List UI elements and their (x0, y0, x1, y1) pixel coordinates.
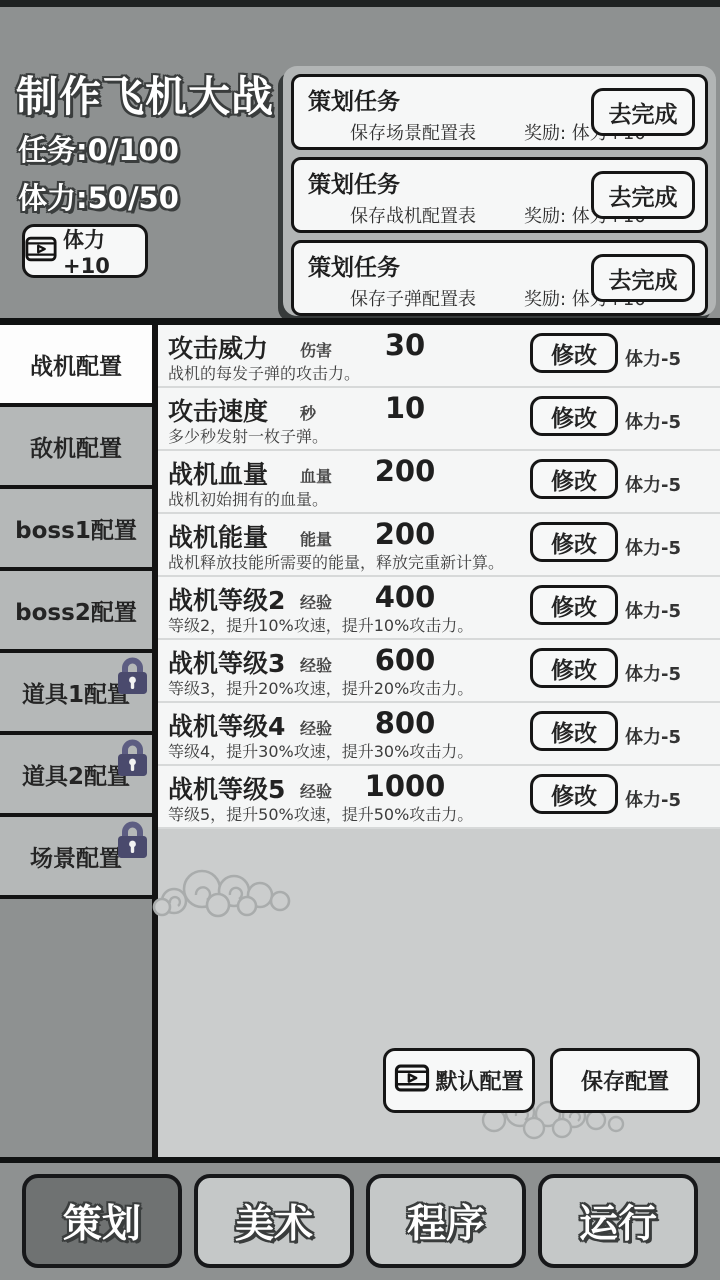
sidebar-tab-label: 场景配置 (30, 840, 122, 873)
config-row-value: 1000 (335, 769, 475, 803)
config-row: 战机等级5 经验 1000 修改 体力-5 等级5，提升50%攻速，提升50%攻… (158, 766, 720, 829)
config-rows: 攻击威力 伤害 30 修改 体力-5 战机的每发子弹的攻击力。 攻击速度 秒 1… (158, 325, 720, 829)
stamina-ad-button-label: 体力+10 (63, 224, 145, 278)
sidebar-tab-2[interactable]: 敌机配置 (0, 407, 152, 489)
nav-button-label: 策划 (63, 1193, 141, 1249)
config-row-value: 200 (335, 454, 475, 488)
modify-button[interactable]: 修改 (530, 333, 618, 373)
task-card: 策划任务 保存子弹配置表 奖励: 体力+10 去完成 (291, 240, 708, 316)
sidebar-tab-7[interactable]: 场景配置 (0, 817, 152, 899)
config-row: 攻击威力 伤害 30 修改 体力-5 战机的每发子弹的攻击力。 (158, 325, 720, 388)
sidebar-tab-5[interactable]: 道具1配置 (0, 653, 152, 735)
sidebar-tab-label: 敌机配置 (30, 430, 122, 463)
modify-button[interactable]: 修改 (530, 396, 618, 436)
task-go-button[interactable]: 去完成 (591, 254, 695, 302)
nav-button[interactable]: 运行 (538, 1174, 698, 1268)
modify-cost-label: 体力-5 (625, 723, 681, 749)
modify-cost-label: 体力-5 (625, 597, 681, 623)
save-config-button[interactable]: 保存配置 (550, 1048, 700, 1113)
sidebar-tab-label: boss2配置 (15, 594, 137, 627)
sidebar-tab-label: boss1配置 (15, 512, 137, 545)
nav-button-label: 程序 (407, 1193, 485, 1249)
config-row-unit: 经验 (300, 716, 332, 739)
cloud-decoration (152, 865, 337, 920)
task-card-desc: 保存战机配置表 (350, 202, 476, 228)
config-row-unit: 能量 (300, 527, 332, 550)
config-row-unit: 秒 (300, 401, 316, 424)
config-row-desc: 等级4，提升30%攻速，提升30%攻击力。 (168, 739, 473, 762)
game-screen: 制作飞机大战 任务:0/100 体力:50/50 体力+10 策划任务 保存场景… (0, 0, 720, 1280)
config-row: 战机等级2 经验 400 修改 体力-5 等级2，提升10%攻速，提升10%攻击… (158, 577, 720, 640)
config-row-title: 战机能量 (168, 518, 268, 554)
config-row-desc: 等级3，提升20%攻速，提升20%攻击力。 (168, 676, 473, 699)
task-go-button[interactable]: 去完成 (591, 171, 695, 219)
stamina-counter: 体力:50/50 (18, 176, 179, 217)
config-row-unit: 经验 (300, 590, 332, 613)
nav-button-label: 美术 (235, 1193, 313, 1249)
nav-button[interactable]: 程序 (366, 1174, 526, 1268)
config-row: 攻击速度 秒 10 修改 体力-5 多少秒发射一枚子弹。 (158, 388, 720, 451)
config-row: 战机能量 能量 200 修改 体力-5 战机释放技能所需要的能量，释放完重新计算… (158, 514, 720, 577)
modify-cost-label: 体力-5 (625, 660, 681, 686)
config-row-value: 400 (335, 580, 475, 614)
modify-cost-label: 体力-5 (625, 471, 681, 497)
config-row-desc: 战机释放技能所需要的能量，释放完重新计算。 (168, 550, 504, 573)
modify-cost-label: 体力-5 (625, 786, 681, 812)
lock-icon (114, 737, 150, 779)
config-row-value: 10 (335, 391, 475, 425)
config-row-desc: 战机的每发子弹的攻击力。 (168, 361, 360, 384)
modify-button[interactable]: 修改 (530, 522, 618, 562)
modify-button[interactable]: 修改 (530, 459, 618, 499)
modify-button[interactable]: 修改 (530, 585, 618, 625)
task-counter: 任务:0/100 (18, 128, 179, 169)
task-panel: 策划任务 保存场景配置表 奖励: 体力+10 去完成 策划任务 保存战机配置表 … (283, 66, 716, 316)
task-card: 策划任务 保存场景配置表 奖励: 体力+10 去完成 (291, 74, 708, 150)
config-row-value: 200 (335, 517, 475, 551)
sidebar-tab-1[interactable]: 战机配置 (0, 325, 152, 407)
modify-button[interactable]: 修改 (530, 774, 618, 814)
config-row-title: 战机等级3 (168, 644, 285, 680)
config-row-title: 攻击速度 (168, 392, 268, 428)
config-row-desc: 战机初始拥有的血量。 (168, 487, 328, 510)
config-row-value: 30 (335, 328, 475, 362)
config-row-unit: 经验 (300, 779, 332, 802)
config-row-value: 600 (335, 643, 475, 677)
stamina-ad-button[interactable]: 体力+10 (22, 224, 148, 278)
nav-button-label: 运行 (579, 1193, 657, 1249)
default-config-button[interactable]: 默认配置 (383, 1048, 535, 1113)
nav-button[interactable]: 策划 (22, 1174, 182, 1268)
page-title: 制作飞机大战 (16, 64, 274, 124)
modify-button[interactable]: 修改 (530, 711, 618, 751)
task-card-title: 策划任务 (308, 166, 400, 199)
config-row-unit: 血量 (300, 464, 332, 487)
config-row-desc: 等级2，提升10%攻速，提升10%攻击力。 (168, 613, 473, 636)
config-row-title: 战机等级5 (168, 770, 285, 806)
default-config-label: 默认配置 (435, 1065, 523, 1096)
status-strip (0, 0, 720, 7)
config-row-title: 战机等级2 (168, 581, 285, 617)
config-row-unit: 伤害 (300, 338, 332, 361)
task-card-desc: 保存子弹配置表 (350, 285, 476, 311)
modify-cost-label: 体力-5 (625, 345, 681, 371)
task-card-title: 策划任务 (308, 249, 400, 282)
config-row: 战机血量 血量 200 修改 体力-5 战机初始拥有的血量。 (158, 451, 720, 514)
bottom-nav: 策划 美术 程序 运行 (0, 1163, 720, 1280)
config-row-desc: 等级5，提升50%攻速，提升50%攻击力。 (168, 802, 473, 825)
modify-button[interactable]: 修改 (530, 648, 618, 688)
sidebar-tab-6[interactable]: 道具2配置 (0, 735, 152, 817)
config-row: 战机等级3 经验 600 修改 体力-5 等级3，提升20%攻速，提升20%攻击… (158, 640, 720, 703)
sidebar-tab-3[interactable]: boss1配置 (0, 489, 152, 571)
lock-icon (114, 819, 150, 861)
config-row-title: 战机血量 (168, 455, 268, 491)
nav-button[interactable]: 美术 (194, 1174, 354, 1268)
config-row-title: 攻击威力 (168, 329, 268, 365)
task-go-button[interactable]: 去完成 (591, 88, 695, 136)
lock-icon (114, 655, 150, 697)
config-row-title: 战机等级4 (168, 707, 285, 743)
config-row-unit: 经验 (300, 653, 332, 676)
header-divider (0, 318, 720, 325)
video-ad-icon (25, 236, 57, 267)
task-card-title: 策划任务 (308, 83, 400, 116)
config-row: 战机等级4 经验 800 修改 体力-5 等级4，提升30%攻速，提升30%攻击… (158, 703, 720, 766)
task-card: 策划任务 保存战机配置表 奖励: 体力+10 去完成 (291, 157, 708, 233)
sidebar-tabs: 战机配置 敌机配置 boss1配置 (0, 325, 152, 899)
config-row-desc: 多少秒发射一枚子弹。 (168, 424, 328, 447)
config-row-value: 800 (335, 706, 475, 740)
sidebar-tab-label: 战机配置 (30, 348, 122, 381)
modify-cost-label: 体力-5 (625, 534, 681, 560)
content-area: 攻击威力 伤害 30 修改 体力-5 战机的每发子弹的攻击力。 攻击速度 秒 1… (158, 325, 720, 1157)
save-config-label: 保存配置 (581, 1065, 669, 1096)
task-card-desc: 保存场景配置表 (350, 119, 476, 145)
sidebar-tab-4[interactable]: boss2配置 (0, 571, 152, 653)
video-ad-icon (394, 1064, 430, 1098)
modify-cost-label: 体力-5 (625, 408, 681, 434)
